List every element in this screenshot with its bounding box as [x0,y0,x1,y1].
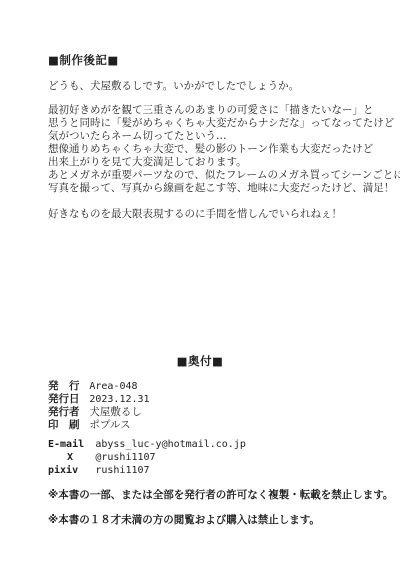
publisher-row: 発 行 Area-048 [48,380,400,393]
pixiv-account-label: pixiv [48,464,92,477]
afterword-closing: 好きなものを最大限表現するのに手間を惜しんでいられねぇ！ [48,208,386,221]
x-account-label: X [48,451,92,464]
printer-value: ポプルス [89,419,130,431]
printer-label: 印 刷 [48,419,86,432]
publisher-value: Area-048 [89,381,137,392]
publication-info: 発 行 Area-048 発行日 2023.12.31 発行者 犬屋敷るし 印 … [48,380,400,432]
afterword-body-line: 想像通りめちゃくちゃ大変で、髪の影のトーン作業も大変だったけど [48,143,386,156]
afterword-body-line: 気がついたらネーム切ってたという… [48,130,386,143]
doujinshi-colophon-page: ■制作後記■ どうも、犬屋敷るしです。いかがでしたでしょうか。 最初好きめがを観… [0,0,400,565]
publication-date-label: 発行日 [48,393,86,406]
printer-row: 印 刷 ポプルス [48,419,400,432]
x-account-value: @rushi1107 [95,452,155,463]
author-label: 発行者 [48,406,86,419]
contact-info: E-mail abyss_luc-y@hotmail.co.jp X @rush… [48,438,400,477]
email-label: E-mail [48,438,92,451]
email-value: abyss_luc-y@hotmail.co.jp [95,439,246,450]
pixiv-account-row: pixiv rushi1107 [48,464,400,477]
colophon-title: ■奥付■ [0,355,400,368]
age-restriction-notice: ※本書の１８才未満の方の閲覧および購入は禁止します。 [48,514,400,527]
x-account-row: X @rushi1107 [48,451,400,464]
publication-date-value: 2023.12.31 [89,394,149,405]
afterword-body-line: 思うと同時に「髪がめちゃくちゃ大変だからナシだな」ってなってたけど [48,117,386,130]
afterword-body-line: 出来上がりを見て大変満足しております。 [48,156,386,169]
author-value: 犬屋敷るし [89,406,142,418]
afterword-greeting: どうも、犬屋敷るしです。いかがでしたでしょうか。 [48,80,386,93]
afterword-body: 最初好きめがを観て三重さんのあまりの可愛さに「描きたいなー」と 思うと同時に「髪… [48,104,386,195]
pixiv-account-value: rushi1107 [95,465,149,476]
email-row: E-mail abyss_luc-y@hotmail.co.jp [48,438,400,451]
afterword-section: ■制作後記■ どうも、犬屋敷るしです。いかがでしたでしょうか。 最初好きめがを観… [48,54,386,221]
colophon-section: ■奥付■ 発 行 Area-048 発行日 2023.12.31 発行者 犬屋敷… [0,355,400,527]
publisher-label: 発 行 [48,380,86,393]
copyright-notice: ※本書の一部、または全部を発行者の許可なく複製・転載を禁止します。 [48,489,400,502]
author-row: 発行者 犬屋敷るし [48,406,400,419]
afterword-title: ■制作後記■ [48,54,386,67]
afterword-body-line: あとメガネが重要パーツなので、似たフレームのメガネ買ってシーンごとに [48,169,386,182]
afterword-body-line: 写真を撮って、写真から線画を起こす等、地味に大変だったけど、満足！ [48,182,386,195]
publication-date-row: 発行日 2023.12.31 [48,393,400,406]
afterword-body-line: 最初好きめがを観て三重さんのあまりの可愛さに「描きたいなー」と [48,104,386,117]
